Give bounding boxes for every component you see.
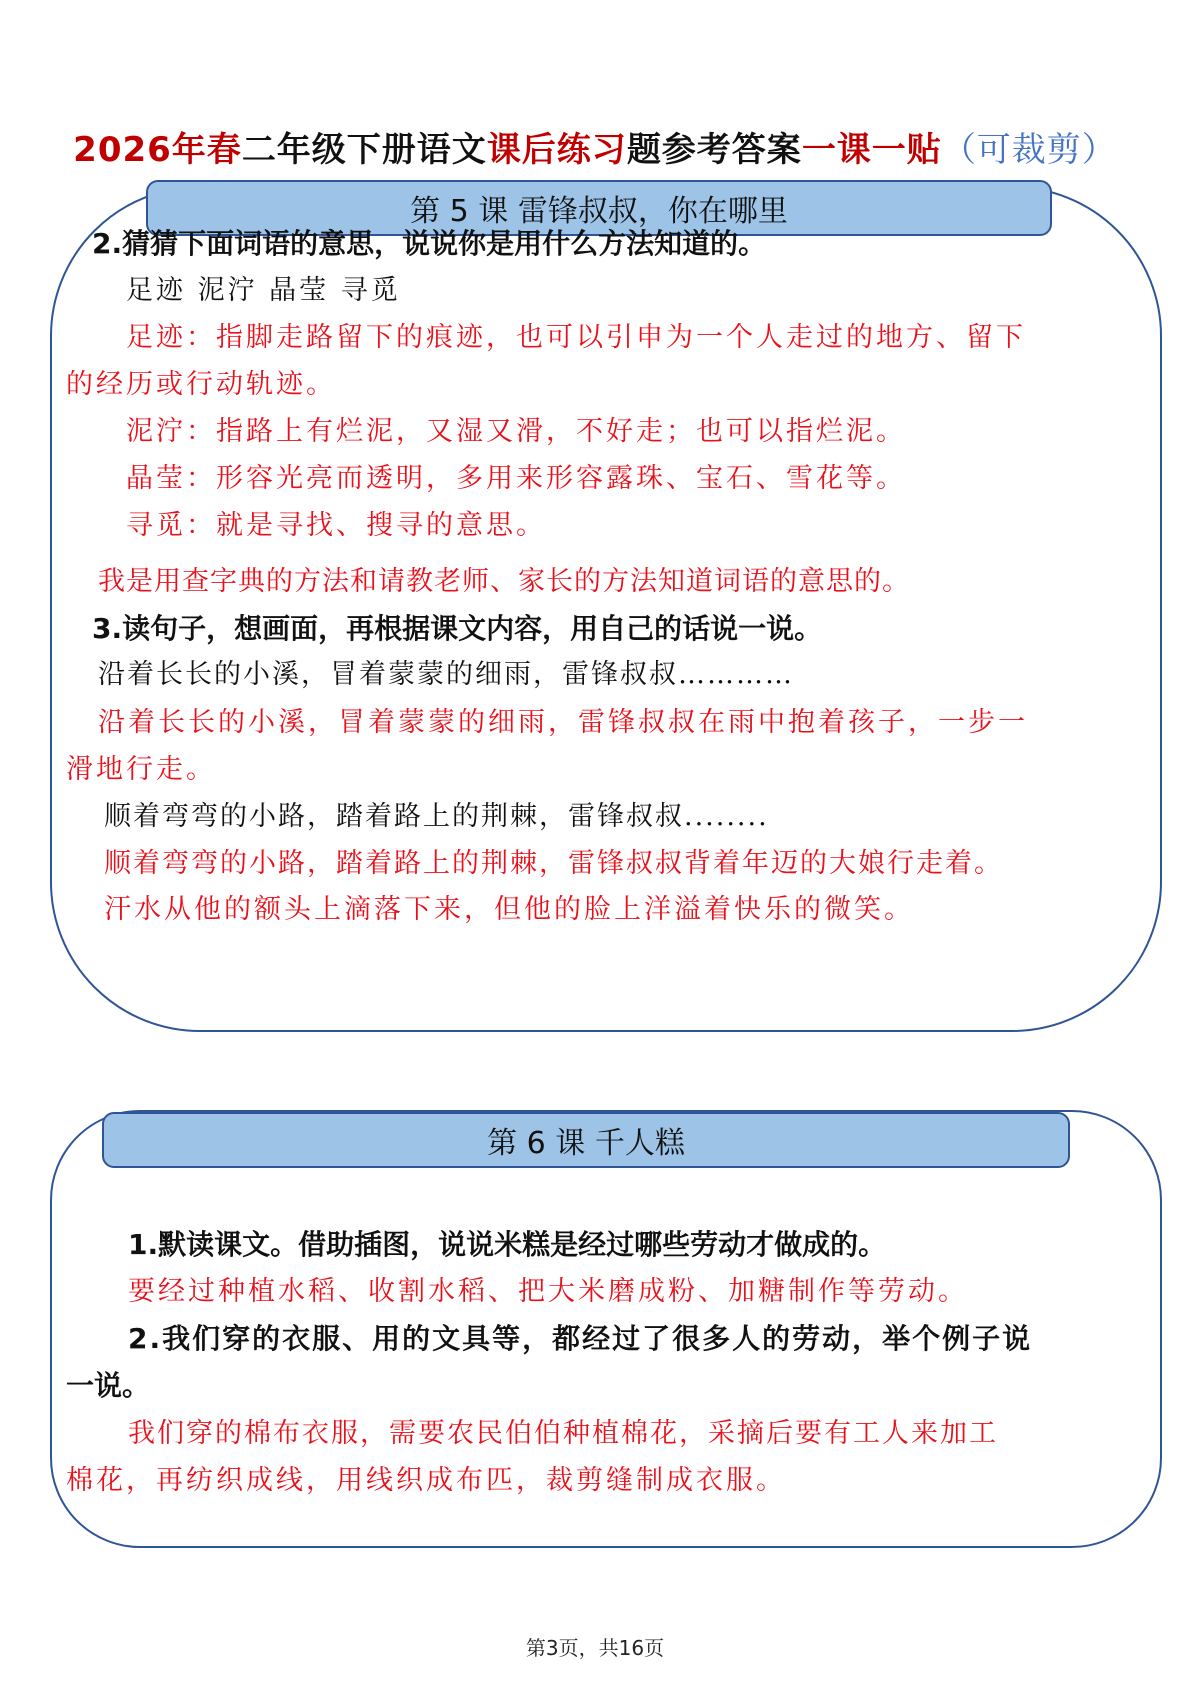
lesson-5-answer-line: 寻觅：就是寻找、搜寻的意思。 — [126, 510, 546, 542]
title-grade: 二年级下册语文 — [242, 130, 487, 170]
lesson-5-question-2: 2.猜猜下面词语的意思，说说你是用什么方法知道的。 — [92, 228, 766, 260]
lesson-6-answer-line: 要经过种植水稻、收割水稻、把大米磨成粉、加糖制作等劳动。 — [128, 1276, 968, 1308]
title-answer: 题参考答案 — [627, 130, 802, 170]
lesson-5-answer-line: 泥泞：指路上有烂泥，又湿又滑，不好走；也可以指烂泥。 — [126, 416, 906, 448]
lesson-5-answer-line: 晶莹：形容光亮而透明，多用来形容露珠、宝石、雪花等。 — [126, 463, 906, 495]
lesson-6-title: 第 6 课 千人糕 — [487, 1118, 685, 1162]
lesson-5-answer-line: 汗水从他的额头上滴落下来，但他的脸上洋溢着快乐的微笑。 — [104, 894, 914, 926]
lesson-6-question-2: 2.我们穿的衣服、用的文具等，都经过了很多人的劳动，举个例子说 — [128, 1323, 1032, 1355]
title-onesheet: 一课一贴 — [802, 130, 942, 170]
lesson-5-answer-line: 的经历或行动轨迹。 — [66, 369, 336, 401]
lesson-5-prompt-line: 沿着长长的小溪，冒着蒙蒙的细雨，雷锋叔叔………… — [98, 659, 794, 691]
lesson-5-word-list: 足迹 泥泞 晶莹 寻觅 — [126, 275, 401, 307]
page-number: 第3页，共16页 — [0, 1632, 1190, 1661]
lesson-6-header: 第 6 课 千人糕 — [102, 1112, 1070, 1168]
lesson-5-answer-line: 沿着长长的小溪，冒着蒙蒙的细雨，雷锋叔叔在雨中抱着孩子，一步一 — [98, 707, 1028, 739]
lesson-5-answer-line: 足迹：指脚走路留下的痕迹，也可以引申为一个人走过的地方、留下 — [126, 322, 1026, 354]
lesson-6-question-2-cont: 一说。 — [66, 1370, 150, 1402]
lesson-5-answer-line: 滑地行走。 — [66, 754, 216, 786]
lesson-6-answer-line: 棉花，再纺织成线，用线织成布匹，裁剪缝制成衣服。 — [66, 1465, 786, 1497]
lesson-5-answer-line: 顺着弯弯的小路，踏着路上的荆棘，雷锋叔叔背着年迈的大娘行走着。 — [104, 848, 1003, 880]
lesson-5-answer-line: 我是用查字典的方法和请教老师、家长的方法知道词语的意思的。 — [98, 566, 910, 598]
title-year: 2026年春 — [73, 130, 242, 170]
lesson-6-answer-line: 我们穿的棉布衣服，需要农民伯伯种植棉花，采摘后要有工人来加工 — [128, 1418, 998, 1450]
lesson-6-question-1: 1.默读课文。借助插图，说说米糕是经过哪些劳动才做成的。 — [128, 1229, 886, 1261]
title-exercise: 课后练习 — [487, 130, 627, 170]
lesson-5-question-3: 3.读句子，想画面，再根据课文内容，用自己的话说一说。 — [92, 613, 822, 645]
lesson-5-title: 第 5 课 雷锋叔叔，你在哪里 — [410, 186, 788, 230]
title-croppable: （可裁剪） — [942, 130, 1117, 170]
page-title: 2026年春二年级下册语文课后练习题参考答案一课一贴（可裁剪） — [0, 122, 1190, 171]
lesson-5-prompt-line: 顺着弯弯的小路，踏着路上的荆棘，雷锋叔叔........ — [104, 801, 769, 833]
